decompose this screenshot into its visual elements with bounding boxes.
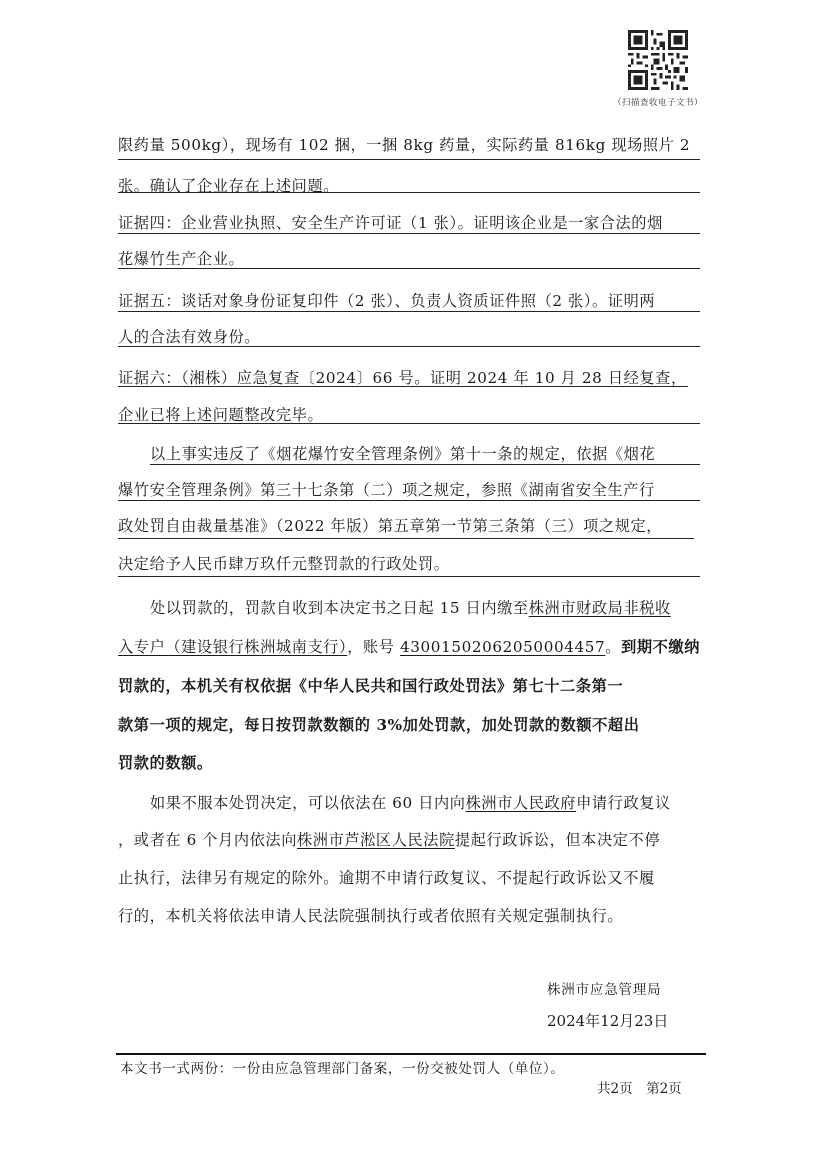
underline-rule: [118, 311, 700, 312]
evidence-6-line: 证据六：（湘株）应急复查〔2024〕66 号。证明 2024 年 10 月 28…: [118, 367, 687, 391]
court-name: 株洲市芦淞区人民法院: [297, 831, 455, 849]
qr-code-block: （扫描查收电子文书）: [612, 30, 704, 108]
underline-rule: [118, 423, 700, 424]
underline-rule: [150, 464, 700, 465]
late-payment-warning: 款第一项的规定，每日按罚款数额的 3%加处罚款，加处罚款的数额不超出: [118, 714, 640, 738]
underline-rule: [118, 268, 700, 269]
evidence-line: 限药量 500kg），现场有 102 捆，一捆 8kg 药量，实际药量 816k…: [118, 134, 690, 158]
appeal-line: 如果不服本处罚决定，可以依法在 60 日内向株洲市人民政府申请行政复议: [150, 792, 671, 816]
footer-note: 本文书一式两份：一份由应急管理部门备案，一份交被处罚人（单位）。: [120, 1057, 564, 1077]
payment-text: 。: [605, 638, 621, 656]
underline-rule: [118, 538, 694, 539]
issuing-agency: 株洲市应急管理局: [547, 978, 661, 998]
qr-caption: （扫描查收电子文书）: [612, 96, 704, 108]
payment-line: 入专户（建设银行株洲城南支行），账号 43001502062050004457。…: [118, 636, 700, 660]
late-payment-warning: 罚款的数额。: [118, 752, 213, 776]
payment-text: ，账号: [347, 638, 400, 656]
evidence-6-line: 企业已将上述问题整改完毕。: [118, 404, 323, 428]
qr-code-icon[interactable]: [628, 30, 688, 90]
late-payment-warning: 到期不缴纳: [621, 638, 700, 656]
violation-line: 政处罚自由裁量基准》（2022 年版）第五章第一节第三条第（三）项之规定，: [118, 515, 662, 539]
account-number: 43001502062050004457: [400, 638, 605, 656]
appeal-text: 如果不服本处罚决定，可以依法在 60 日内向: [150, 794, 466, 812]
review-authority: 株洲市人民政府: [466, 794, 577, 812]
underline-rule: [118, 576, 700, 577]
document-page: （扫描查收电子文书） 限药量 500kg），现场有 102 捆，一捆 8kg 药…: [0, 0, 822, 1165]
underline-rule: [118, 346, 700, 347]
appeal-text: 申请行政复议: [576, 794, 671, 812]
underline-rule: [118, 192, 700, 193]
late-payment-warning: 罚款的，本机关有权依据《中华人民共和国行政处罚法》第七十二条第一: [118, 675, 623, 699]
appeal-text: ，或者在 6 个月内依法向: [118, 831, 297, 849]
underline-rule: [118, 159, 700, 160]
appeal-text: 提起行政诉讼，但本决定不停: [455, 831, 660, 849]
page-indicator: 共2页 第2页: [597, 1077, 682, 1097]
underline-rule: [118, 500, 700, 501]
violation-line: 决定给予人民币肆万玖仟元整罚款的行政处罚。: [118, 553, 450, 577]
appeal-line: ，或者在 6 个月内依法向株洲市芦淞区人民法院提起行政诉讼，但本决定不停: [118, 829, 660, 853]
appeal-line: 止执行，法律另有规定的除外。逾期不申请行政复议、不提起行政诉讼又不履: [118, 867, 655, 891]
underline-rule: [118, 233, 700, 234]
issue-date: 2024年12月23日: [547, 1010, 668, 1031]
payment-account-name: 株洲市财政局非税收: [529, 599, 671, 617]
payment-line: 处以罚款的，罚款自收到本决定书之日起 15 日内缴至株洲市财政局非税收: [150, 597, 671, 621]
payment-bank: 入专户（建设银行株洲城南支行）: [118, 638, 347, 656]
underline-rule: [118, 386, 688, 387]
footer-divider: [116, 1053, 706, 1055]
evidence-line: 张。确认了企业存在上述问题。: [118, 175, 339, 199]
appeal-line: 行的，本机关将依法申请人民法院强制执行或者依照有关规定强制执行。: [118, 905, 623, 929]
payment-text: 处以罚款的，罚款自收到本决定书之日起 15 日内缴至: [150, 599, 529, 617]
